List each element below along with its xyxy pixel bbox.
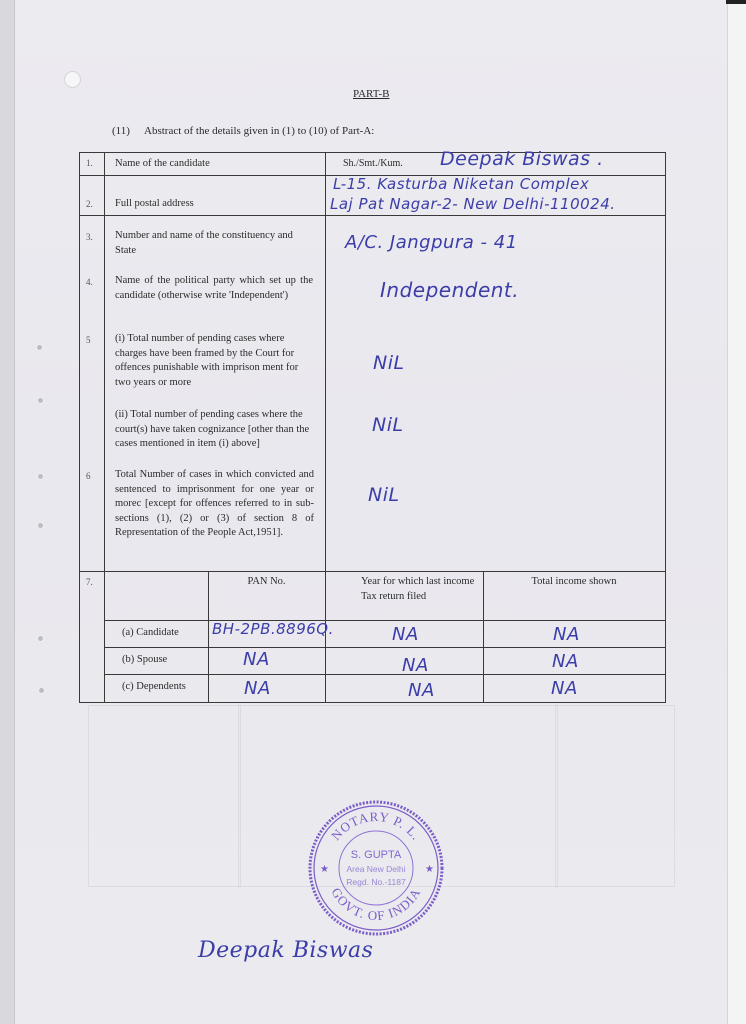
show-through-line — [555, 705, 558, 887]
table-rule — [104, 647, 666, 648]
label-dependents: (c) Dependents — [122, 680, 186, 695]
row-index: 6 — [86, 471, 91, 481]
label-spouse: (b) Spouse — [122, 653, 167, 668]
party-value: Independent. — [380, 278, 519, 302]
row-index: 3. — [86, 232, 93, 242]
stamp-name: S. GUPTA — [351, 849, 402, 861]
row-label-pending-cases-framed: (i) Total number of pending cases where … — [115, 332, 315, 390]
stamp-regd: Regd. No.-1187 — [346, 877, 406, 887]
row-index: 1. — [86, 158, 93, 168]
punch-mark — [37, 345, 42, 350]
row-index: 5 — [86, 335, 91, 345]
svg-text:GOVT. OF INDIA: GOVT. OF INDIA — [328, 885, 423, 923]
table-rule — [104, 620, 666, 621]
candidate-pan-value: BH-2PB.8896Q. — [212, 620, 334, 638]
table-rule — [104, 152, 105, 703]
punch-mark — [38, 636, 43, 641]
candidate-year-value: NA — [392, 624, 419, 645]
row-index: 7. — [86, 577, 93, 587]
table-rule — [104, 674, 666, 675]
stamp-area: Area New Delhi — [346, 864, 405, 874]
constituency-value: A/C. Jangpura - 41 — [345, 232, 518, 253]
spouse-pan-value: NA — [243, 649, 270, 670]
table-rule — [79, 702, 666, 703]
punch-mark — [38, 523, 43, 528]
stamp-bottom-arc: GOVT. OF INDIA — [328, 885, 423, 923]
signature: Deepak Biswas — [198, 938, 373, 963]
spouse-year-value: NA — [402, 655, 429, 676]
table-rule — [665, 152, 666, 703]
table-rule — [483, 571, 484, 703]
punch-mark — [38, 398, 43, 403]
table-rule — [325, 152, 326, 571]
convictions-value: NiL — [368, 484, 400, 506]
scan-right-border — [727, 0, 746, 1024]
row-label-pending-cases-cognizance: (ii) Total number of pending cases where… — [115, 408, 317, 452]
header-pan: PAN No. — [208, 575, 325, 590]
dependents-income-value: NA — [551, 678, 578, 699]
punch-mark — [39, 688, 44, 693]
row-label-party: Name of the political party which set up… — [115, 274, 313, 303]
star-icon: ★ — [425, 864, 434, 875]
scan-left-border — [0, 0, 15, 1024]
header-year: Year for which last income Tax return fi… — [361, 575, 476, 604]
row-index: 4. — [86, 277, 93, 287]
row-label-convictions: Total Number of cases in which convicted… — [115, 468, 314, 541]
pending-cases-framed-value: NiL — [373, 352, 405, 374]
table-rule — [79, 152, 80, 703]
row-index: 2. — [86, 199, 93, 209]
stamp-top-arc: NOTARY P. L. — [328, 809, 424, 843]
show-through-line — [238, 705, 241, 887]
notary-stamp: NOTARY P. L. GOVT. OF INDIA ★ ★ S. GUPTA… — [307, 799, 445, 937]
candidate-income-value: NA — [553, 624, 580, 645]
paper-speck — [64, 71, 81, 88]
table-rule — [79, 571, 666, 572]
address-line-1: L-15. Kasturba Niketan Complex — [333, 175, 589, 193]
row-label-candidate-name: Name of the candidate — [115, 157, 210, 172]
part-title: PART-B — [353, 88, 389, 100]
spouse-income-value: NA — [552, 651, 579, 672]
label-candidate: (a) Candidate — [122, 626, 179, 641]
dependents-year-value: NA — [408, 680, 435, 701]
row-label-constituency: Number and name of the constituency and … — [115, 229, 315, 258]
scan-corner — [726, 0, 746, 4]
svg-text:NOTARY P. L.: NOTARY P. L. — [328, 809, 424, 843]
candidate-name-value: Deepak Biswas . — [440, 148, 604, 170]
table-rule — [208, 571, 209, 703]
intro-text: Abstract of the details given in (1) to … — [144, 125, 374, 137]
intro-line: (11)Abstract of the details given in (1)… — [112, 125, 374, 137]
address-line-2: Laj Pat Nagar-2- New Delhi-110024. — [330, 195, 616, 213]
dependents-pan-value: NA — [244, 678, 271, 699]
intro-number: (11) — [112, 125, 144, 137]
punch-mark — [38, 474, 43, 479]
honorific-prefix: Sh./Smt./Kum. — [343, 157, 403, 172]
pending-cases-cognizance-value: NiL — [372, 414, 404, 436]
star-icon: ★ — [320, 864, 329, 875]
table-rule — [79, 215, 666, 216]
row-label-address: Full postal address — [115, 197, 194, 212]
header-income: Total income shown — [483, 575, 665, 590]
